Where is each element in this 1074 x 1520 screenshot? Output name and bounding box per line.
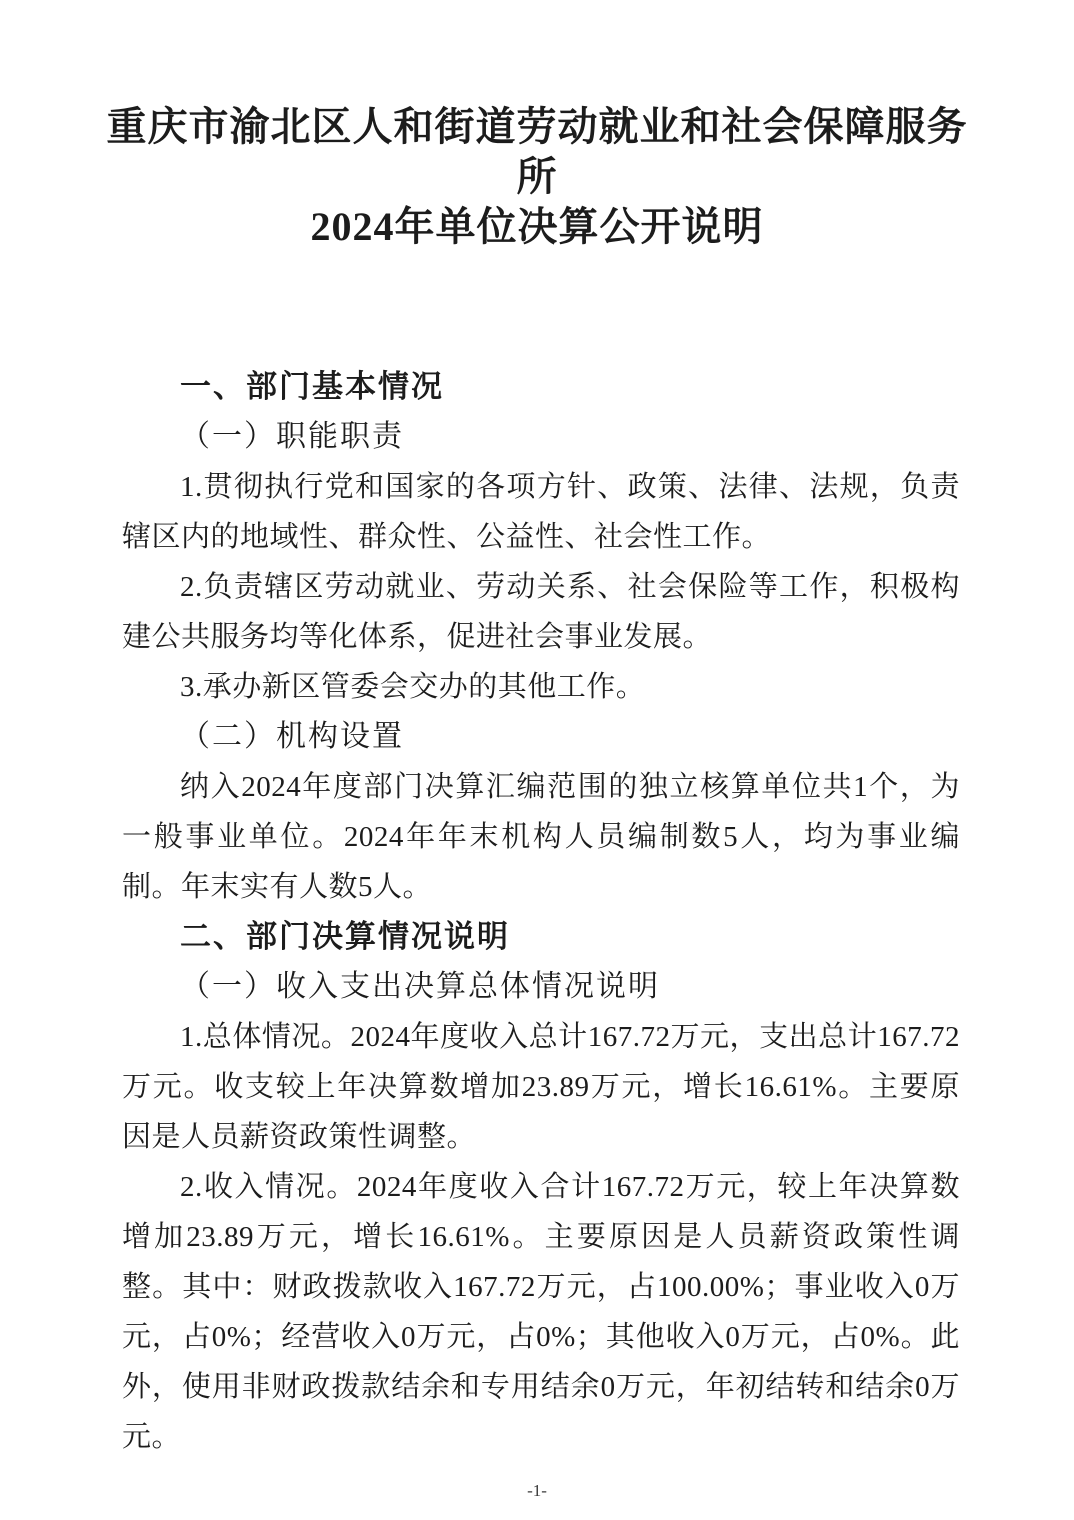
subsection-heading-duties: （一）职能职责 — [122, 412, 960, 462]
paragraph-income-situation: 2.收入情况。2024年度收入合计167.72万元，较上年决算数增加23.89万… — [122, 1162, 960, 1462]
document-page: 重庆市渝北区人和街道劳动就业和社会保障服务 所 2024年单位决算公开说明 一、… — [0, 0, 1074, 1520]
paragraph-org-structure: 纳入2024年度部门决算汇编范围的独立核算单位共1个，为一般事业单位。2024年… — [122, 762, 960, 912]
page-number: -1- — [527, 1481, 547, 1500]
paragraph-duty-2: 2.负责辖区劳动就业、劳动关系、社会保险等工作，积极构建公共服务均等化体系，促进… — [122, 562, 960, 662]
title-line-2: 所 — [0, 152, 1074, 202]
section-heading-final-accounts: 二、部门决算情况说明 — [122, 912, 960, 962]
paragraph-duty-1: 1.贯彻执行党和国家的各项方针、政策、法律、法规，负责辖区内的地域性、群众性、公… — [122, 462, 960, 562]
paragraph-duty-3: 3.承办新区管委会交办的其他工作。 — [122, 662, 960, 712]
document-body: 一、部门基本情况 （一）职能职责 1.贯彻执行党和国家的各项方针、政策、法律、法… — [0, 362, 1074, 1462]
document-title: 重庆市渝北区人和街道劳动就业和社会保障服务 所 2024年单位决算公开说明 — [0, 0, 1074, 252]
subsection-heading-org-structure: （二）机构设置 — [122, 712, 960, 762]
title-line-1: 重庆市渝北区人和街道劳动就业和社会保障服务 — [0, 102, 1074, 152]
section-heading-basic-info: 一、部门基本情况 — [122, 362, 960, 412]
subsection-heading-overall: （一）收入支出决算总体情况说明 — [122, 962, 960, 1012]
page-footer: -1- — [0, 1481, 1074, 1501]
title-line-3: 2024年单位决算公开说明 — [0, 202, 1074, 252]
paragraph-overall-situation: 1.总体情况。2024年度收入总计167.72万元，支出总计167.72万元。收… — [122, 1012, 960, 1162]
